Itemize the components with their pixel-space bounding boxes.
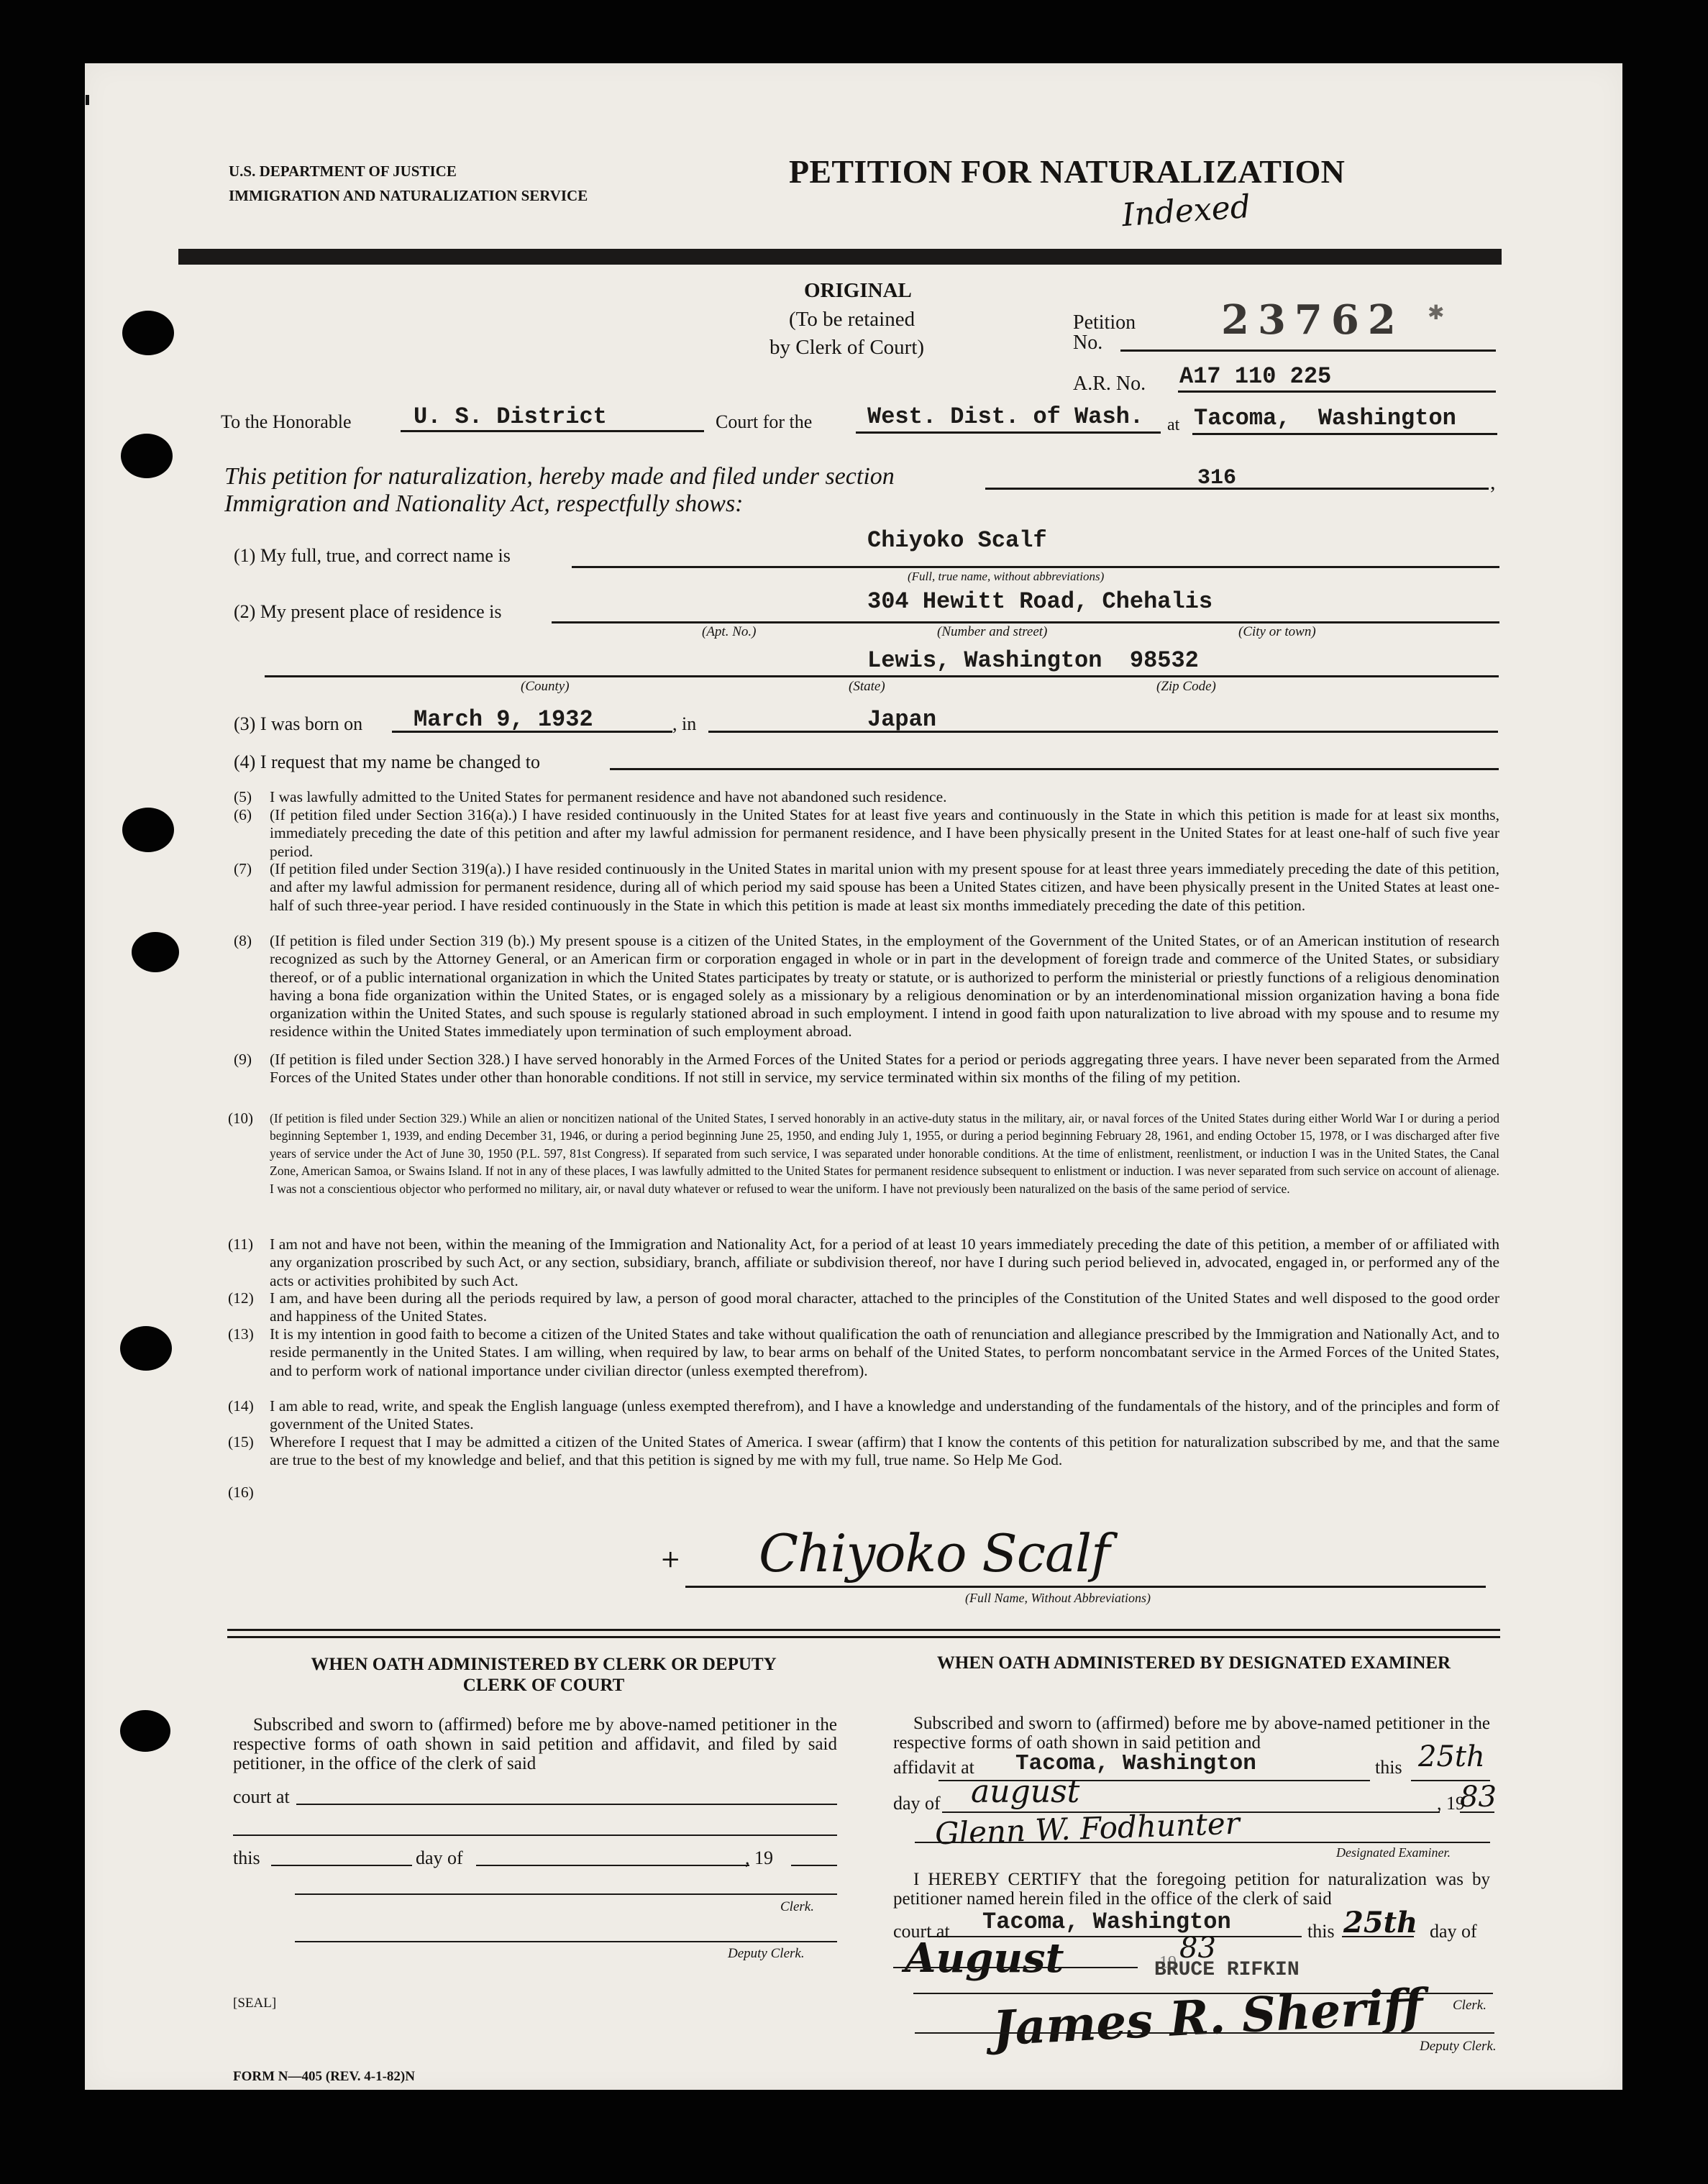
clause-number: (6) (234, 806, 252, 824)
at-label: at (1167, 416, 1179, 435)
residence-label: (2) My present place of residence is (234, 601, 502, 623)
punch-hole (120, 1710, 170, 1752)
petition-no-label-2: No. (1073, 332, 1102, 355)
clerk-court-continuation-underline (233, 1835, 837, 1836)
clause-number: (9) (234, 1051, 252, 1069)
punch-hole (121, 434, 173, 478)
clerk-this-label: this (233, 1847, 260, 1869)
stamp-mark: ✱ (1428, 301, 1444, 325)
clause-number: (13) (228, 1325, 254, 1343)
examiner-caption: Designated Examiner. (1336, 1845, 1451, 1860)
examiner-year-underline (1460, 1811, 1494, 1813)
court-value: U. S. District (414, 403, 607, 430)
zip-caption: (Zip Code) (1156, 679, 1216, 695)
clause-text: (If petition is filed under Section 328.… (270, 1051, 1499, 1087)
birth-place-underline (708, 731, 1498, 733)
page-title: PETITION FOR NATURALIZATION (789, 152, 1345, 191)
affidavit-at-field[interactable]: Tacoma, Washington (1015, 1751, 1256, 1776)
clause-11: (11) I am not and have not been, within … (234, 1235, 1499, 1290)
clause-text: (If petition filed under Section 319(a).… (270, 860, 1499, 915)
petitioner-signature[interactable]: Chiyoko Scalf (759, 1523, 1110, 1584)
header-rule (178, 249, 1502, 265)
clerk-oath-title-line-2: CLERK OF COURT (227, 1675, 860, 1696)
clerk-month-underline (476, 1865, 749, 1866)
form-id: FORM N—405 (REV. 4-1-82)N (233, 2069, 415, 2085)
examiner-year-field[interactable]: 83 (1460, 1781, 1497, 1814)
signature-mark: + (660, 1545, 681, 1573)
clerk-day-of-label: day of (416, 1847, 463, 1869)
name-label: (1) My full, true, and correct name is (234, 545, 511, 567)
clerk-name-stamp: BRUCE RIFKIN (1154, 1959, 1300, 1981)
apt-caption: (Apt. No.) (702, 624, 756, 640)
signature-caption: (Full Name, Without Abbreviations) (965, 1591, 1151, 1606)
residence-county-field[interactable]: Lewis, Washington 98532 (867, 647, 1199, 674)
certification-body: I HEREBY CERTIFY that the foregoing peti… (893, 1870, 1490, 1909)
birth-date-field[interactable]: March 9, 1932 (414, 706, 593, 733)
clause-5: (5) I was lawfully admitted to the Unite… (234, 788, 1499, 806)
clause-14: (14) I am able to read, write, and speak… (234, 1397, 1499, 1434)
residence-street-field[interactable]: 304 Hewitt Road, Chehalis (867, 588, 1213, 615)
examiner-signature-underline (915, 1842, 1490, 1843)
clause-number: (15) (228, 1433, 254, 1451)
clerk-court-at-underline (296, 1804, 837, 1805)
clause-number: (11) (228, 1235, 253, 1253)
clerk-year-prefix: , 19 (745, 1847, 773, 1869)
petition-no-value: 23762 (1221, 296, 1405, 344)
clause-7: (7) (If petition filed under Section 319… (234, 860, 1499, 915)
clause-text: I am, and have been during all the perio… (270, 1289, 1499, 1326)
clerk-caption: Clerk. (780, 1899, 814, 1915)
clause-number: (7) (234, 860, 252, 878)
clause-text: I was lawfully admitted to the United St… (270, 788, 1499, 806)
cert-day-of-label: day of (1430, 1921, 1477, 1942)
examiner-day-field[interactable]: 25th (1418, 1740, 1485, 1773)
cert-clerk-caption: Clerk. (1453, 1998, 1486, 2014)
section-value: 316 (1197, 466, 1236, 490)
birth-place-field[interactable]: Japan (867, 706, 936, 733)
residence-underline-1 (552, 621, 1499, 623)
seal-label: [SEAL] (233, 1996, 276, 2011)
section-comma: , (1490, 470, 1496, 495)
clerk-signature-underline (295, 1893, 837, 1895)
clause-text: (If petition is filed under Section 319 … (270, 932, 1499, 1041)
agency-line-1: U.S. DEPARTMENT OF JUSTICE (229, 163, 457, 181)
clerk-oath-body: Subscribed and sworn to (affirmed) befor… (233, 1715, 837, 1773)
examiner-this-label: this (1375, 1757, 1402, 1778)
clerk-year-underline (791, 1865, 837, 1866)
city-caption: (City or town) (1238, 624, 1316, 640)
clerk-court-at-label: court at (233, 1786, 290, 1808)
birth-label: (3) I was born on (234, 713, 362, 735)
location-underline (1192, 433, 1497, 435)
clause-12: (12) I am, and have been during all the … (234, 1289, 1499, 1326)
punch-hole (120, 1326, 172, 1371)
clause-number: (8) (234, 932, 252, 950)
section-underline (985, 488, 1489, 490)
birth-in-label: , in (672, 713, 696, 735)
cert-day-underline (1342, 1936, 1414, 1937)
birth-date-underline (392, 731, 672, 733)
punch-hole (122, 808, 174, 852)
clause-text: It is my intention in good faith to beco… (270, 1325, 1499, 1380)
section-divider-top (227, 1629, 1500, 1631)
cert-deputy-underline (915, 2032, 1494, 2034)
district-underline (856, 431, 1161, 434)
clause-text: (If petition is filed under Section 329.… (270, 1110, 1499, 1197)
intro-line-2: Immigration and Nationality Act, respect… (224, 490, 744, 518)
name-caption: (Full, true name, without abbreviations) (908, 570, 1104, 584)
name-underline (572, 566, 1499, 568)
cert-deputy-caption: Deputy Clerk. (1420, 2039, 1497, 2055)
examiner-month-field[interactable]: august (971, 1773, 1079, 1810)
clause-text: I am able to read, write, and speak the … (270, 1397, 1499, 1434)
name-change-label: (4) I request that my name be changed to (234, 751, 540, 773)
cert-day-field[interactable]: 25th (1343, 1906, 1417, 1939)
clause-10: (10) (If petition is filed under Section… (234, 1110, 1499, 1197)
county-caption: (County) (521, 679, 570, 695)
name-field[interactable]: Chiyoko Scalf (867, 527, 1047, 554)
clause-15: (15) Wherefore I request that I may be a… (234, 1433, 1499, 1470)
court-underline (401, 430, 704, 432)
clause-number: (5) (234, 788, 252, 806)
clerk-day-underline (271, 1865, 412, 1866)
street-caption: (Number and street) (937, 624, 1047, 640)
petition-no-underline (1120, 349, 1496, 352)
clause-13: (13) It is my intention in good faith to… (234, 1325, 1499, 1380)
ar-no-label: A.R. No. (1073, 373, 1146, 396)
clause-number: (12) (228, 1289, 254, 1307)
edge-mark (86, 95, 89, 105)
court-middle: Court for the (716, 411, 812, 433)
clause-text: (If petition filed under Section 316(a).… (270, 806, 1499, 861)
clerk-oath-title: WHEN OATH ADMINISTERED BY CLERK OR DEPUT… (227, 1654, 860, 1696)
clause-16-number: (16) (228, 1484, 254, 1502)
clause-text: I am not and have not been, within the m… (270, 1235, 1499, 1290)
copy-label: ORIGINAL (804, 279, 912, 303)
clause-number: (10) (228, 1110, 253, 1127)
district-value: West. Dist. of Wash. (867, 403, 1143, 430)
section-divider-bottom (227, 1636, 1500, 1638)
clause-text: Wherefore I request that I may be admitt… (270, 1433, 1499, 1470)
ar-no-underline (1178, 390, 1496, 393)
name-change-underline (610, 768, 1499, 770)
deputy-clerk-caption: Deputy Clerk. (728, 1946, 805, 1962)
clerk-oath-title-line-1: WHEN OATH ADMINISTERED BY CLERK OR DEPUT… (227, 1654, 860, 1675)
examiner-day-of-label: day of (893, 1793, 941, 1814)
punch-hole (122, 311, 174, 355)
cert-month-underline (893, 1967, 1138, 1968)
clause-6: (6) (If petition filed under Section 316… (234, 806, 1499, 861)
state-caption: (State) (849, 679, 885, 695)
examiner-oath-title: WHEN OATH ADMINISTERED BY DESIGNATED EXA… (877, 1653, 1510, 1673)
intro-line-1: This petition for naturalization, hereby… (224, 463, 895, 490)
court-prefix: To the Honorable (221, 411, 352, 433)
clause-9: (9) (If petition is filed under Section … (234, 1051, 1499, 1087)
cert-month-field[interactable]: August (905, 1934, 1064, 1982)
residence-underline-2 (265, 675, 1499, 677)
ar-no-value: A17 110 225 (1179, 363, 1331, 390)
examiner-oath-body: Subscribed and sworn to (affirmed) befor… (893, 1714, 1490, 1753)
clause-8: (8) (If petition is filed under Section … (234, 932, 1499, 1041)
copy-note-1: (To be retained (789, 308, 915, 332)
copy-note-2: by Clerk of Court) (769, 336, 924, 360)
deputy-clerk-signature-underline (295, 1941, 837, 1942)
agency-line-2: IMMIGRATION AND NATURALIZATION SERVICE (229, 187, 588, 205)
location-value: Tacoma, Washington (1194, 405, 1456, 431)
cert-this-label: this (1307, 1921, 1335, 1942)
signature-underline (685, 1586, 1486, 1588)
punch-hole (132, 932, 179, 972)
clause-number: (14) (228, 1397, 254, 1415)
affidavit-at-label: affidavit at (893, 1757, 974, 1778)
